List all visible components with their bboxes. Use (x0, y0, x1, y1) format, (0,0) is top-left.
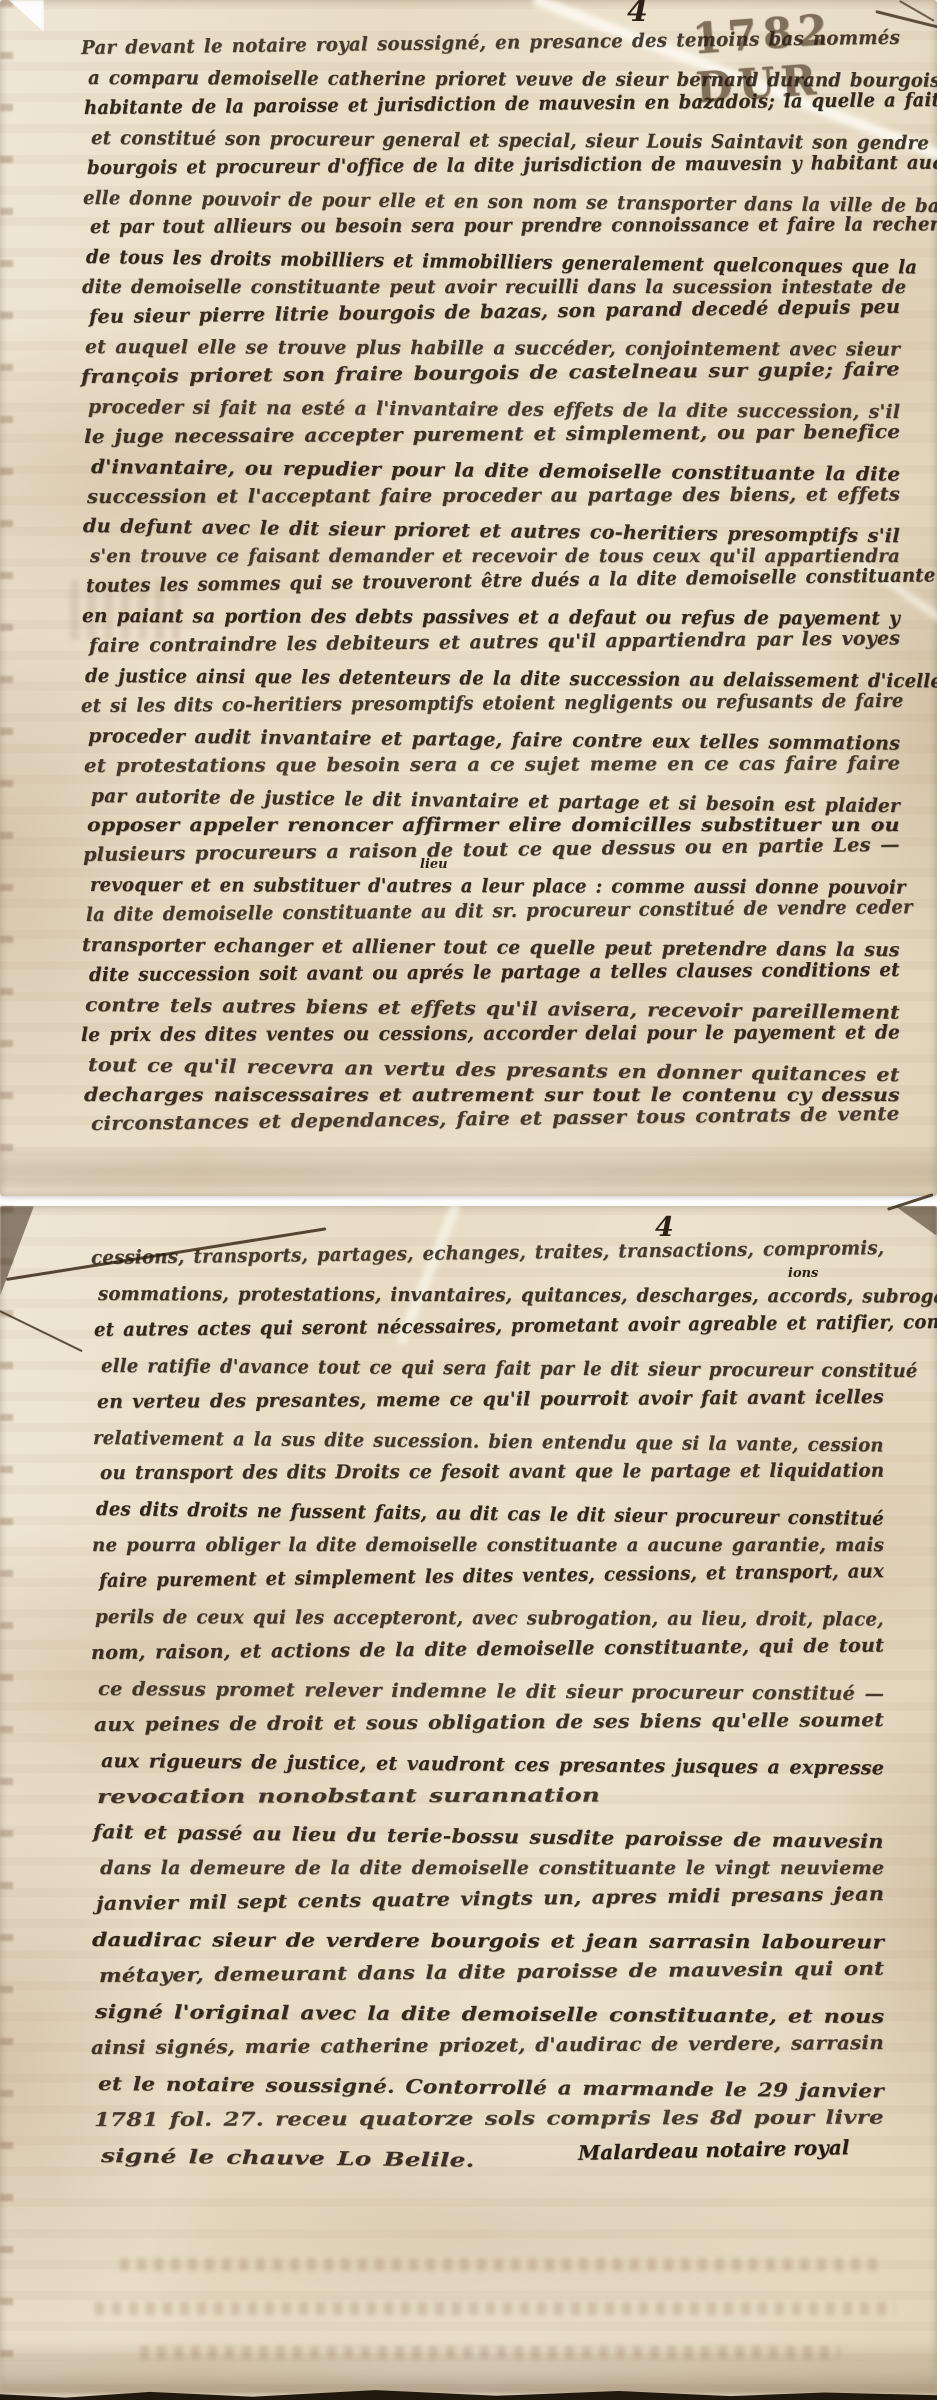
manuscript-line: françois prioret son fraire bourgois de … (81, 357, 900, 389)
ink-bleed-ghost (95, 2302, 895, 2315)
manuscript-line: relativement a la sus dite sucession. bi… (93, 1426, 884, 1457)
manuscript-line: et si les dits co-heritiers presomptifs … (81, 689, 904, 718)
manuscript-line: proceder si fait na esté a l'invantaire … (88, 395, 900, 424)
manuscript-line: ainsi signés, marie catherine priozet, d… (91, 2031, 884, 2060)
manuscript-line: fait et passé au lieu du terie-bossu sus… (93, 1820, 884, 1854)
manuscript-line: faire contraindre les debiteurs et autre… (89, 626, 900, 658)
manuscript-line: dans la demeure de la dite demoiselle co… (100, 1856, 884, 1880)
manuscript-line: plusieurs procureurs a raison de tout ce… (83, 833, 900, 867)
manuscript-line: ne pourra obliger la dite demoiselle con… (92, 1533, 884, 1557)
manuscript-line: signé le chauve Lo Belile. (101, 2144, 475, 2173)
manuscript-line: dite succession soit avant ou aprés le p… (89, 958, 900, 987)
manuscript-line: habitante de la paroisse et jurisdiction… (84, 88, 937, 120)
manuscript-line: la dite demoiselle constituante au dit s… (86, 895, 913, 927)
manuscript-line: cessions, transports, partages, echanges… (91, 1236, 885, 1270)
manuscript-line: ce dessus promet relever indemne le dit … (98, 1677, 884, 1706)
folio-mark: 4 (627, 0, 648, 29)
manuscript-line: signé l'original avec la dite demoiselle… (95, 2000, 884, 2029)
manuscript-line: nom, raison, et actions de la dite demoi… (91, 1633, 884, 1664)
manuscript-line: succession et l'acceptant faire proceder… (87, 482, 900, 509)
document-scan: 4 1782 DUR lieu Par devant le notaire ro… (0, 0, 937, 2400)
manuscript-line: ou transport des dits Droits ce fesoit a… (100, 1459, 884, 1485)
manuscript-line: métayer, demeurant dans la dite paroisse… (99, 1957, 884, 1988)
torn-edge-shadow (0, 2368, 937, 2394)
margin-bleed-marks (0, 1206, 13, 2400)
manuscript-line: contre tels autres biens et effets qu'il… (85, 993, 900, 1025)
manuscript-line: 1781 fol. 27. receu quatorze sols compri… (94, 2105, 884, 2131)
manuscript-line: faire purement et simplement les dites v… (99, 1559, 884, 1593)
manuscript-page-2: 4 ions cessions, transports, partages, e… (0, 1206, 937, 2400)
manuscript-line: bourgois et procureur d'office de la dit… (87, 150, 937, 180)
manuscript-line: des dits droits ne fussent faits, au dit… (96, 1497, 884, 1531)
manuscript-line: sommations, protestations, invantaires, … (98, 1282, 937, 1309)
wrinkle-shadow (0, 1146, 937, 1192)
manuscript-line: d'invantaire, ou repudier pour la dite d… (91, 455, 900, 487)
manuscript-line: et le notaire soussigné. Contorrollé a m… (98, 2072, 884, 2103)
manuscript-page-1: 4 1782 DUR lieu Par devant le notaire ro… (0, 0, 937, 1196)
manuscript-line: revocation nonobstant surannation (97, 1783, 600, 1809)
manuscript-line: feu sieur pierre litrie bourgois de baza… (89, 295, 900, 329)
margin-bleed-marks (0, 0, 13, 1196)
fold-shadow (0, 1206, 34, 1296)
manuscript-line: en verteu des presantes, meme ce qu'il p… (97, 1385, 884, 1414)
manuscript-line: le juge necessaire accepter purement et … (84, 420, 900, 449)
manuscript-line: et par tout allieurs ou besoin sera pour… (90, 213, 937, 240)
manuscript-line: et autres actes qui seront nécessaires, … (94, 1309, 937, 1341)
manuscript-line: le prix des dites ventes ou cessions, ac… (81, 1020, 900, 1047)
notary-signature: Malardeau notaire royal (578, 2135, 850, 2165)
manuscript-line: elle ratifie d'avance tout ce qui sera f… (101, 1354, 918, 1383)
superscript-note: ions (788, 1266, 818, 1281)
ink-bleed-ghost (120, 2258, 880, 2271)
manuscript-line: aux rigueurs de justice, et vaudront ces… (101, 1749, 884, 1780)
manuscript-line: daudirac sieur de verdere bourgois et je… (92, 1928, 884, 1954)
manuscript-line: perils de ceux qui les accepteront, avec… (95, 1605, 884, 1631)
manuscript-line: aux peines de droit et sous obligation d… (94, 1708, 884, 1737)
manuscript-line: proceder audit invantaire et partage, fa… (88, 724, 900, 756)
fold-shadow (895, 1206, 937, 1236)
manuscript-line: et protestations que besoin sera a ce su… (84, 751, 900, 778)
manuscript-line: circonstances et dependances, faire et p… (91, 1102, 900, 1136)
manuscript-line: toutes les sommes qui se trouveront être… (86, 564, 936, 599)
manuscript-line: janvier mil sept cents quatre vingts un,… (96, 1882, 884, 1916)
